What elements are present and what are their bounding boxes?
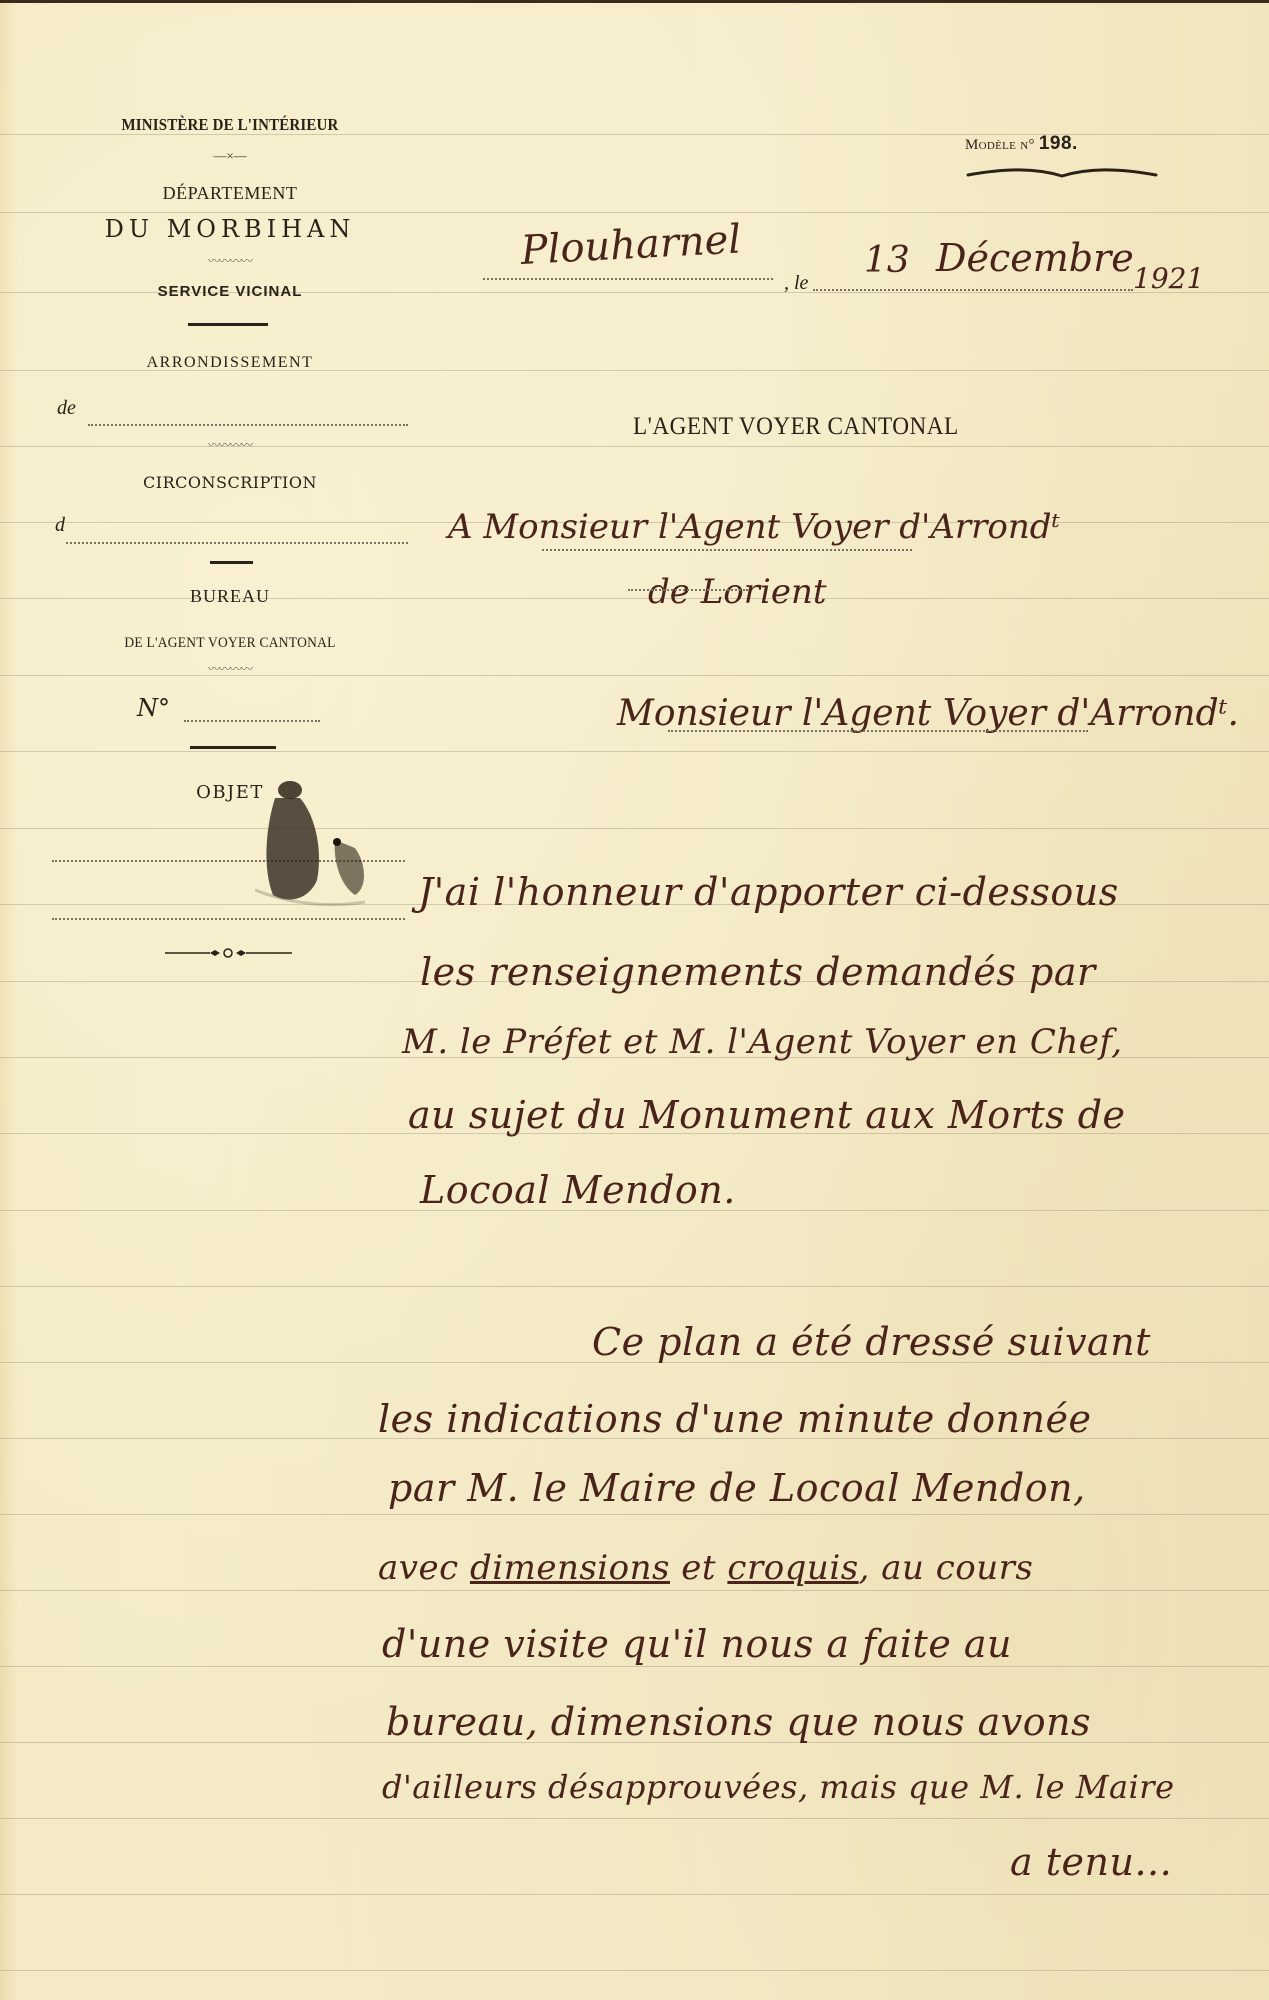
department-name: DU MORBIHAN xyxy=(40,215,420,243)
ornament-divider: —×— xyxy=(40,148,420,164)
issuer-title: L'AGENT VOYER CANTONAL xyxy=(633,413,959,441)
body-line: J'ai l'honneur d'apporter ci-dessous xyxy=(418,870,1119,914)
bureau-label: BUREAU xyxy=(40,586,420,607)
recipient-line-1: A Monsieur l'Agent Voyer d'Arrondᵗ xyxy=(448,507,1060,547)
body-line: au sujet du Monument aux Morts de xyxy=(408,1093,1126,1137)
department-label: DÉPARTEMENT xyxy=(40,183,420,204)
model-number-value: 198. xyxy=(1039,133,1078,154)
arrondissement-label: ARRONDISSEMENT xyxy=(40,354,420,372)
place-field[interactable] xyxy=(483,278,773,280)
arrondissement-prefix: de xyxy=(57,397,76,420)
recipient-line-2: de Lorient xyxy=(648,572,827,612)
wave-ornament: 〰〰〰〰 xyxy=(40,660,420,677)
arrondissement-field[interactable] xyxy=(88,424,408,426)
recipient-field[interactable] xyxy=(542,549,912,551)
model-number: Modèle n° 198. xyxy=(965,133,1078,155)
date-field[interactable] xyxy=(813,289,1133,291)
body-line: d'une visite qu'il nous a faite au xyxy=(382,1622,1012,1666)
ruled-line xyxy=(0,1286,1269,1287)
number-field[interactable] xyxy=(184,720,320,722)
model-label: Modèle n° xyxy=(965,137,1035,153)
subject-field-line-2[interactable] xyxy=(52,918,405,920)
ruled-line xyxy=(0,1666,1269,1667)
place-handwritten: Plouharnel xyxy=(520,217,743,274)
swash-ornament xyxy=(966,166,1158,180)
page-top-edge xyxy=(0,0,1269,3)
ruled-line xyxy=(0,212,1269,213)
ruled-line xyxy=(0,1590,1269,1591)
body-fragment: , au cours xyxy=(859,1548,1034,1588)
body-line: les renseignements demandés par xyxy=(420,950,1096,994)
body-line: Ce plan a été dressé suivant xyxy=(592,1320,1151,1364)
recipient-field-2[interactable] xyxy=(628,589,748,591)
circonscription-prefix: d xyxy=(55,514,65,537)
underlined-word-croquis: croquis xyxy=(727,1548,858,1588)
wave-ornament: 〰〰〰〰 xyxy=(40,436,420,453)
letter-page: MINISTÈRE DE L'INTÉRIEUR —×— DÉPARTEMENT… xyxy=(0,0,1269,2000)
body-line: a tenu... xyxy=(1010,1840,1172,1884)
body-line: les indications d'une minute donnée xyxy=(378,1397,1092,1441)
salutation: Monsieur l'Agent Voyer d'Arrondᵗ. xyxy=(617,693,1239,734)
body-line: Locoal Mendon. xyxy=(420,1168,736,1212)
date-year: 1921 xyxy=(1133,262,1204,295)
date-connector: , le xyxy=(784,272,808,295)
ministry-heading: MINISTÈRE DE L'INTÉRIEUR xyxy=(63,115,397,135)
ruled-line xyxy=(0,1514,1269,1515)
ruled-line xyxy=(0,1894,1269,1895)
date-day: 13 xyxy=(864,240,910,281)
ruled-line xyxy=(0,1970,1269,1971)
body-line: par M. le Maire de Locoal Mendon, xyxy=(388,1466,1086,1510)
circonscription-field[interactable] xyxy=(66,542,408,544)
ruled-line xyxy=(0,1818,1269,1819)
ruled-line xyxy=(0,751,1269,752)
number-label: N° xyxy=(137,694,170,722)
salutation-field[interactable] xyxy=(668,730,1088,732)
service-label: SERVICE VICINAL xyxy=(40,283,420,300)
ink-blot-stain xyxy=(255,770,405,910)
divider-bar xyxy=(188,323,268,326)
ornament-divider-bottom xyxy=(165,946,292,960)
bureau-subtitle: DE L'AGENT VOYER CANTONAL xyxy=(59,635,401,652)
body-line: bureau, dimensions que nous avons xyxy=(386,1700,1091,1744)
body-fragment: avec xyxy=(378,1548,470,1588)
body-line: M. le Préfet et M. l'Agent Voyer en Chef… xyxy=(402,1022,1123,1062)
date-month: Décembre xyxy=(936,236,1134,280)
body-line: avec dimensions et croquis, au cours xyxy=(378,1548,1033,1588)
underlined-word-dimensions: dimensions xyxy=(470,1548,670,1588)
ruled-line xyxy=(0,828,1269,829)
circonscription-label: CIRCONSCRIPTION xyxy=(40,473,420,492)
body-fragment: et xyxy=(670,1548,727,1588)
body-line: d'ailleurs désapprouvées, mais que M. le… xyxy=(382,1768,1175,1806)
wave-ornament: 〰〰〰〰 xyxy=(40,252,420,269)
divider-bar xyxy=(190,746,276,749)
divider-bar xyxy=(210,561,253,564)
